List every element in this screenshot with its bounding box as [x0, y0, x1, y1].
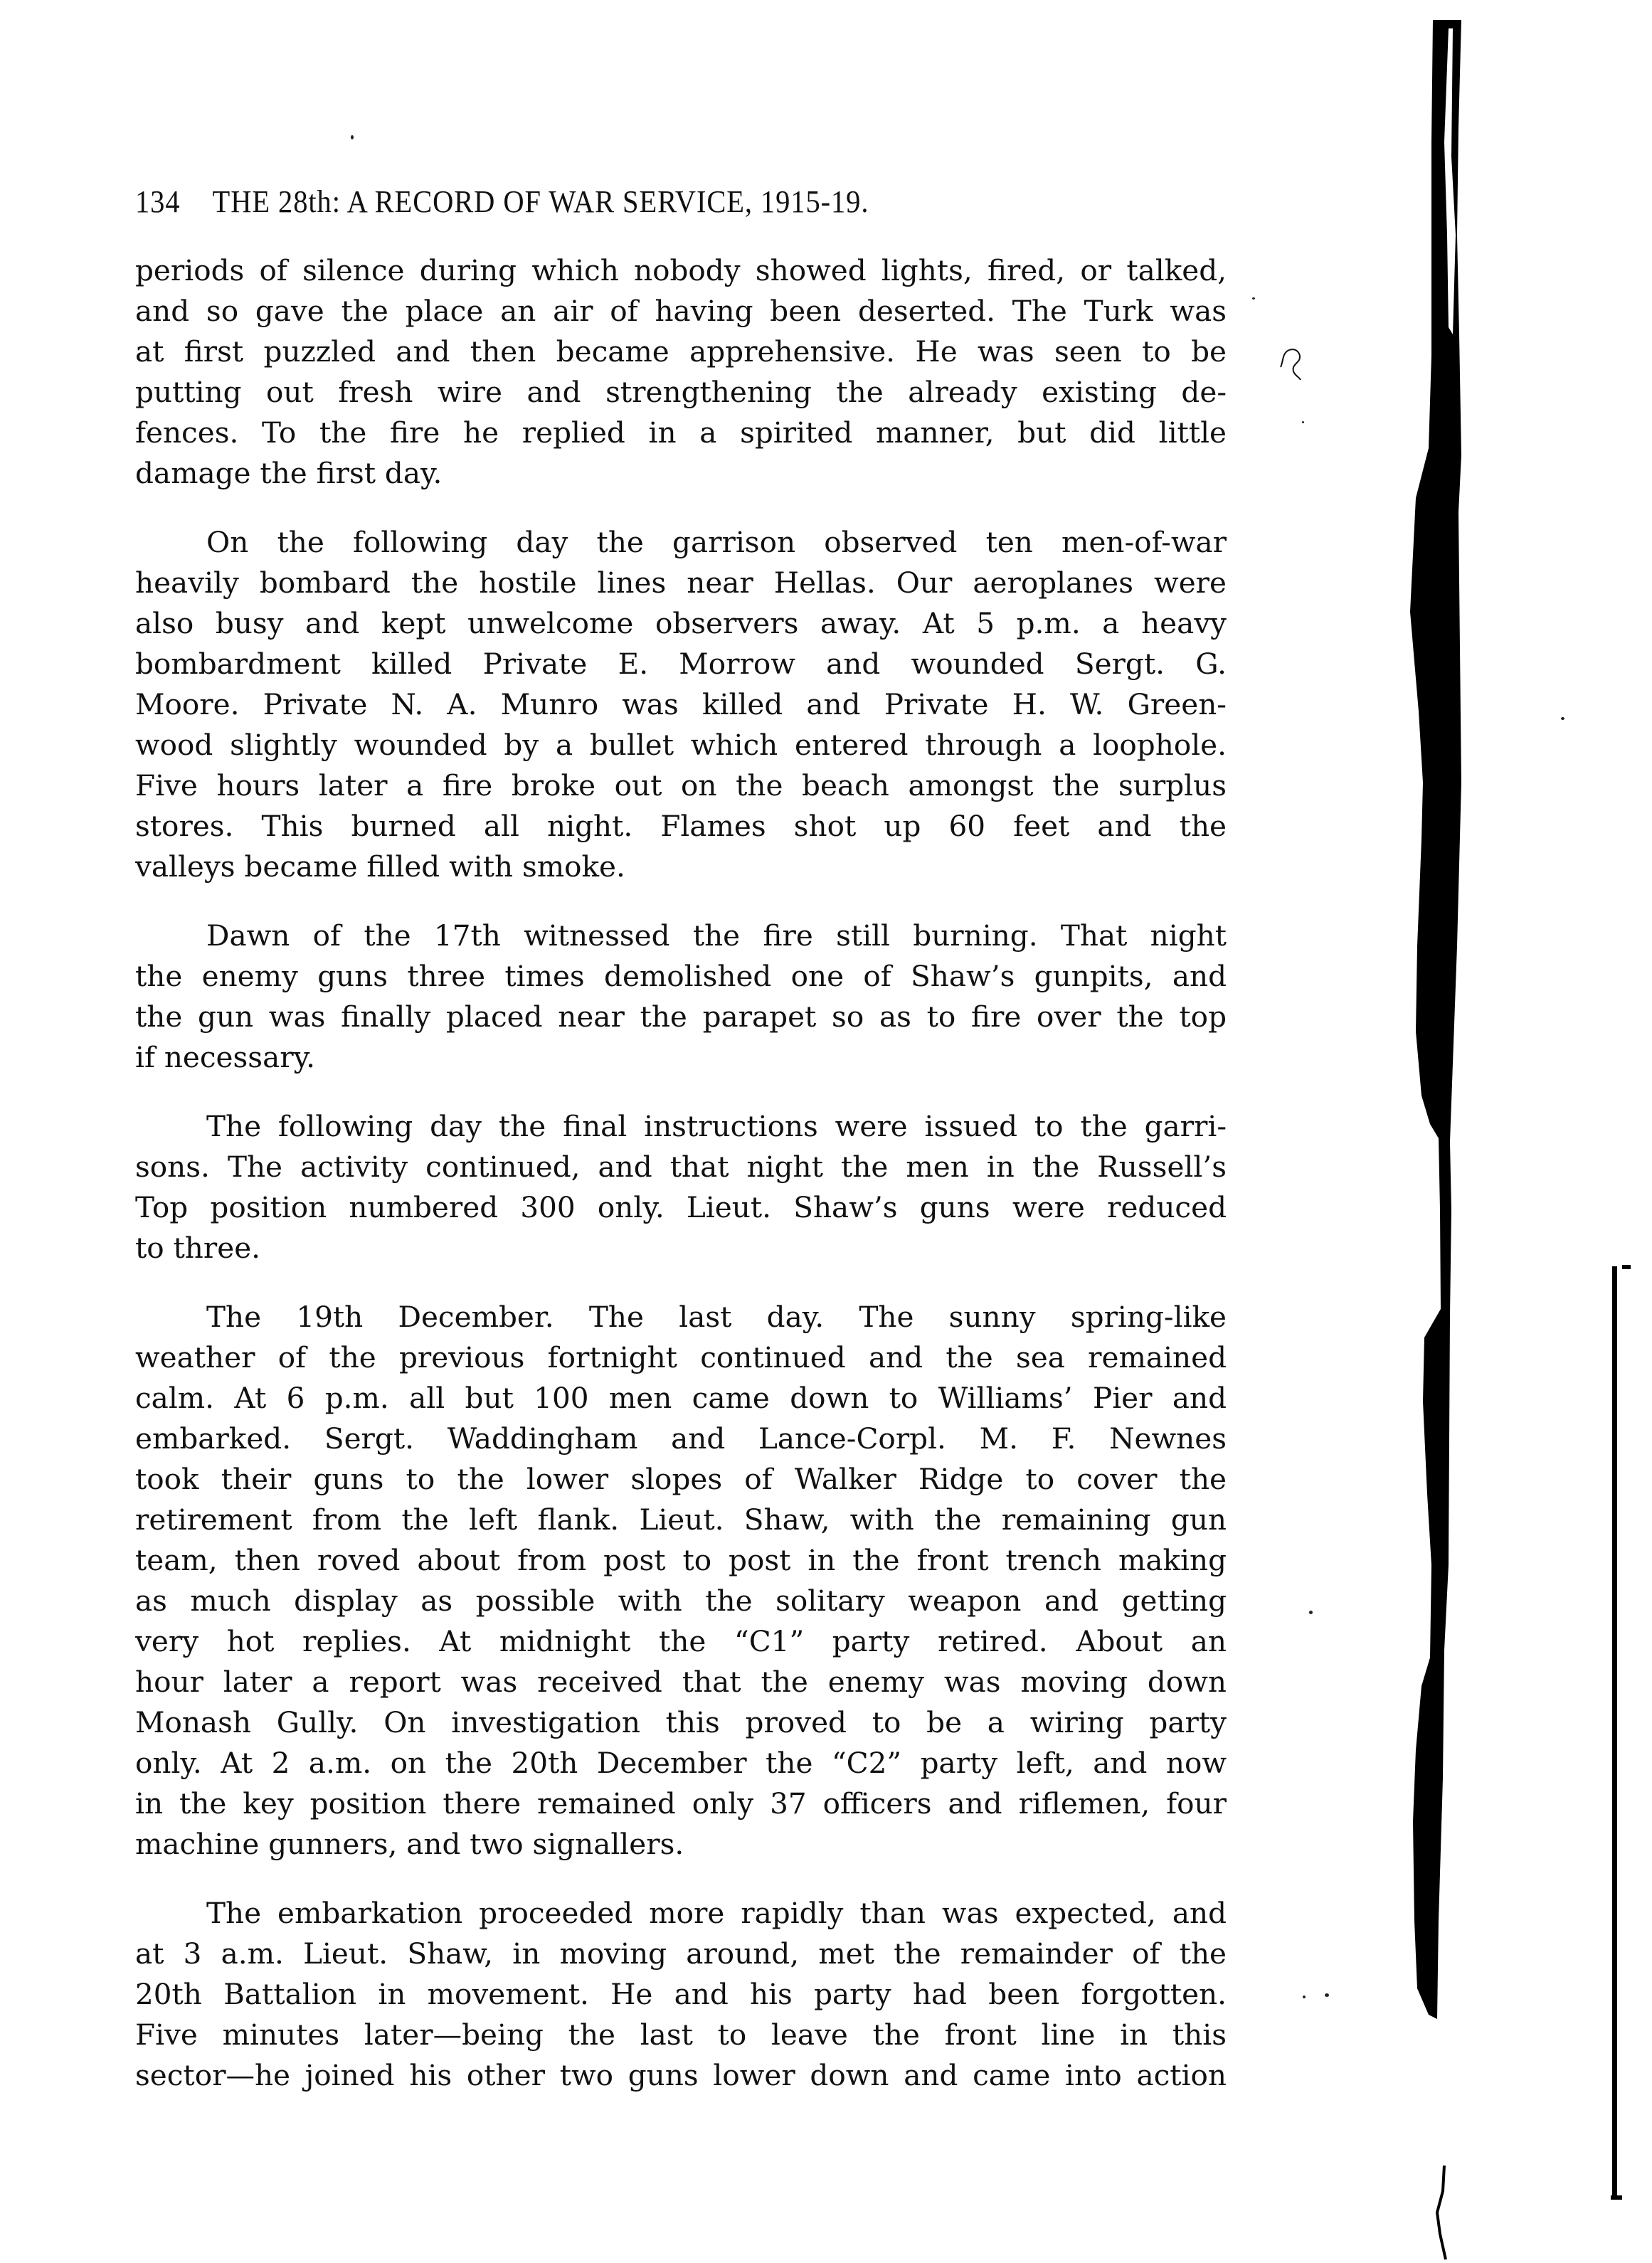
text-line: at 3 a.m. Lieut. Shaw, in moving around,…	[135, 1934, 1227, 1974]
text-line: only. At 2 a.m. on the 20th December the…	[135, 1743, 1227, 1784]
handwritten-squiggle-mark-icon	[1278, 340, 1306, 383]
text-line: Five minutes later—being the last to lea…	[135, 2015, 1227, 2055]
paragraph: On the following day the garrison observ…	[135, 522, 1227, 887]
text-line: in the key position there remained only …	[135, 1784, 1227, 1824]
text-line: hour later a report was received that th…	[135, 1662, 1227, 1702]
curved-stroke-icon	[1429, 2163, 1450, 2263]
text-line: took their guns to the lower slopes of W…	[135, 1459, 1227, 1500]
text-line: putting out fresh wire and strengthening…	[135, 372, 1227, 413]
scan-speck	[1309, 1611, 1313, 1614]
text-line: bombardment killed Private E. Morrow and…	[135, 644, 1227, 684]
paragraph: The 19th December. The last day. The sun…	[135, 1297, 1227, 1865]
text-line: heavily bombard the hostile lines near H…	[135, 563, 1227, 603]
text-line: sector—he joined his other two guns lowe…	[135, 2055, 1227, 2096]
text-line: sons. The activity continued, and that n…	[135, 1147, 1227, 1187]
text-line: and so gave the place an air of having b…	[135, 291, 1227, 332]
text-line: On the following day the garrison observ…	[135, 522, 1227, 563]
margin-bracket-line	[1612, 1266, 1617, 2199]
text-line: Top position numbered 300 only. Lieut. S…	[135, 1187, 1227, 1228]
running-head-title: THE 28th: A RECORD OF WAR SERVICE, 1915-…	[213, 184, 869, 219]
paragraph: The following day the final instructions…	[135, 1106, 1227, 1268]
text-line: at first puzzled and then became apprehe…	[135, 332, 1227, 372]
text-line: to three.	[135, 1228, 1227, 1268]
text-line: very hot replies. At midnight the “C1” p…	[135, 1621, 1227, 1662]
gutter-shadow-icon	[1387, 0, 1487, 2263]
text-line: calm. At 6 p.m. all but 100 men came dow…	[135, 1378, 1227, 1419]
paragraph: Dawn of the 17th witnessed the fire stil…	[135, 916, 1227, 1078]
text-line: valleys became filled with smoke.	[135, 847, 1227, 887]
margin-bracket-head	[1622, 1265, 1631, 1269]
text-line: the gun was finally placed near the para…	[135, 997, 1227, 1037]
text-line: machine gunners, and two signallers.	[135, 1824, 1227, 1865]
paragraph: periods of silence during which nobody s…	[135, 250, 1227, 494]
text-line: The 19th December. The last day. The sun…	[135, 1297, 1227, 1337]
text-line: if necessary.	[135, 1037, 1227, 1078]
page-number: 134	[135, 184, 213, 220]
margin-bracket-foot	[1611, 2195, 1622, 2200]
scanned-book-page: 134THE 28th: A RECORD OF WAR SERVICE, 19…	[0, 0, 1652, 2263]
text-line: Dawn of the 17th witnessed the fire stil…	[135, 916, 1227, 956]
text-line: retirement from the left flank. Lieut. S…	[135, 1500, 1227, 1540]
text-line: Five hours later a fire broke out on the…	[135, 765, 1227, 806]
text-line: 20th Battalion in movement. He and his p…	[135, 1974, 1227, 2015]
text-line: fences. To the fire he replied in a spir…	[135, 413, 1227, 453]
running-head: 134THE 28th: A RECORD OF WAR SERVICE, 19…	[135, 184, 1156, 220]
text-line: stores. This burned all night. Flames sh…	[135, 806, 1227, 847]
text-line: weather of the previous fortnight contin…	[135, 1337, 1227, 1378]
text-line: Monash Gully. On investigation this prov…	[135, 1702, 1227, 1743]
text-line: Moore. Private N. A. Munro was killed an…	[135, 684, 1227, 725]
text-line: team, then roved about from post to post…	[135, 1540, 1227, 1581]
text-line: damage the first day.	[135, 453, 1227, 494]
text-line: The embarkation proceeded more rapidly t…	[135, 1893, 1227, 1934]
text-line: wood slightly wounded by a bullet which …	[135, 725, 1227, 765]
scan-speck	[1302, 421, 1304, 423]
text-line: also busy and kept unwelcome observers a…	[135, 603, 1227, 644]
scan-speck	[1303, 1996, 1306, 1998]
scan-speck	[351, 135, 354, 139]
text-line: the enemy guns three times demolished on…	[135, 956, 1227, 997]
body-text: periods of silence during which nobody s…	[135, 250, 1227, 2096]
text-line: embarked. Sergt. Waddingham and Lance-Co…	[135, 1419, 1227, 1459]
scan-speck	[1561, 717, 1564, 720]
text-line: as much display as possible with the sol…	[135, 1581, 1227, 1621]
text-line: The following day the final instructions…	[135, 1106, 1227, 1147]
scan-speck	[1325, 1993, 1329, 1997]
scan-speck	[1252, 297, 1255, 300]
paragraph: The embarkation proceeded more rapidly t…	[135, 1893, 1227, 2096]
text-line: periods of silence during which nobody s…	[135, 250, 1227, 291]
